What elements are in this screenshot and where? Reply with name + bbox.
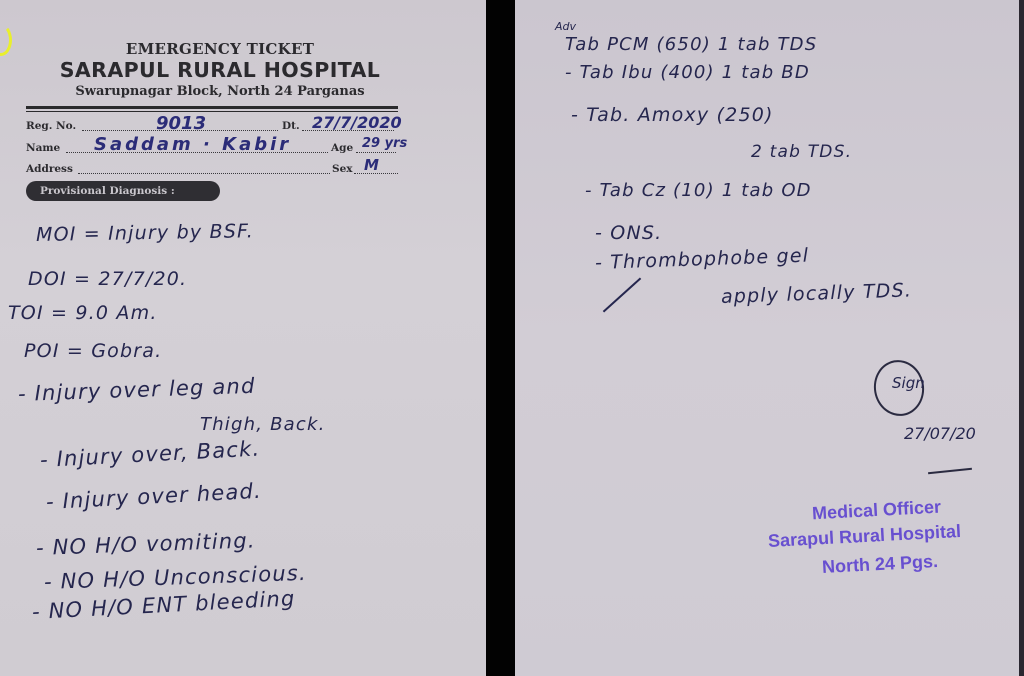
age-value: 29 yrs	[362, 136, 407, 151]
ticket-type: EMERGENCY TICKET	[30, 40, 410, 58]
note-toi: TOI = 9.0 Am.	[8, 302, 158, 324]
header-rule-thin	[26, 111, 398, 112]
age-label: Age	[331, 142, 353, 154]
rx-mark: Adv	[555, 20, 576, 33]
note-injury-thigh-back: Thigh, Back.	[200, 414, 326, 435]
block-address: Swarupnagar Block, North 24 Parganas	[30, 84, 410, 99]
emergency-ticket-page: EMERGENCY TICKET SARAPUL RURAL HOSPITAL …	[0, 0, 486, 676]
date-value: 27/7/2020	[312, 113, 402, 132]
rx-line-ons: - ONS.	[595, 222, 662, 244]
rx-line-apply: apply locally TDS.	[721, 279, 913, 308]
name-value: Saddam · Kabir	[94, 134, 291, 155]
note-doi: DOI = 27/7/20.	[28, 268, 187, 290]
address-line	[78, 163, 330, 174]
page-divider	[486, 0, 515, 676]
header-rule	[26, 106, 398, 109]
rx-line-cz: - Tab Cz (10) 1 tab OD	[585, 180, 812, 201]
note-no-vomiting: - NO H/O vomiting.	[36, 528, 257, 560]
signature-date: 27/07/20	[904, 424, 976, 443]
address-label: Address	[26, 163, 73, 175]
rx-line-amoxy-dose: 2 tab TDS.	[751, 142, 852, 162]
rx-line-thrombophobe: - Thrombophobe gel	[595, 245, 810, 274]
rx-line-amoxy: - Tab. Amoxy (250)	[571, 104, 774, 126]
prescription-page: Adv Tab PCM (650) 1 tab TDS - Tab Ibu (4…	[515, 0, 1019, 676]
sex-value: M	[364, 156, 379, 174]
note-moi: MOI = Injury by BSF.	[36, 220, 254, 246]
rx-line-pcm: Tab PCM (650) 1 tab TDS	[565, 34, 817, 55]
yellow-corner-mark	[0, 24, 12, 56]
check-mark-stroke	[603, 278, 641, 313]
date-label: Dt.	[282, 120, 300, 132]
rx-line-ibu: - Tab Ibu (400) 1 tab BD	[565, 62, 810, 83]
reg-no-value: 9013	[156, 113, 206, 134]
sex-label: Sex	[332, 163, 353, 175]
provisional-diagnosis-label: Provisional Diagnosis :	[26, 181, 220, 201]
note-injury-back: - Injury over, Back.	[39, 436, 261, 472]
hospital-name: SARAPUL RURAL HOSPITAL	[30, 58, 410, 82]
printed-header: EMERGENCY TICKET SARAPUL RURAL HOSPITAL …	[30, 40, 410, 99]
note-injury-head: - Injury over head.	[45, 479, 262, 514]
note-injury-leg: - Injury over leg and	[18, 374, 256, 406]
reg-no-label: Reg. No.	[26, 120, 76, 132]
signature: Sign	[892, 374, 925, 392]
name-label: Name	[26, 142, 60, 154]
note-poi: POI = Gobra.	[24, 340, 162, 362]
right-edge-border	[1019, 0, 1024, 676]
